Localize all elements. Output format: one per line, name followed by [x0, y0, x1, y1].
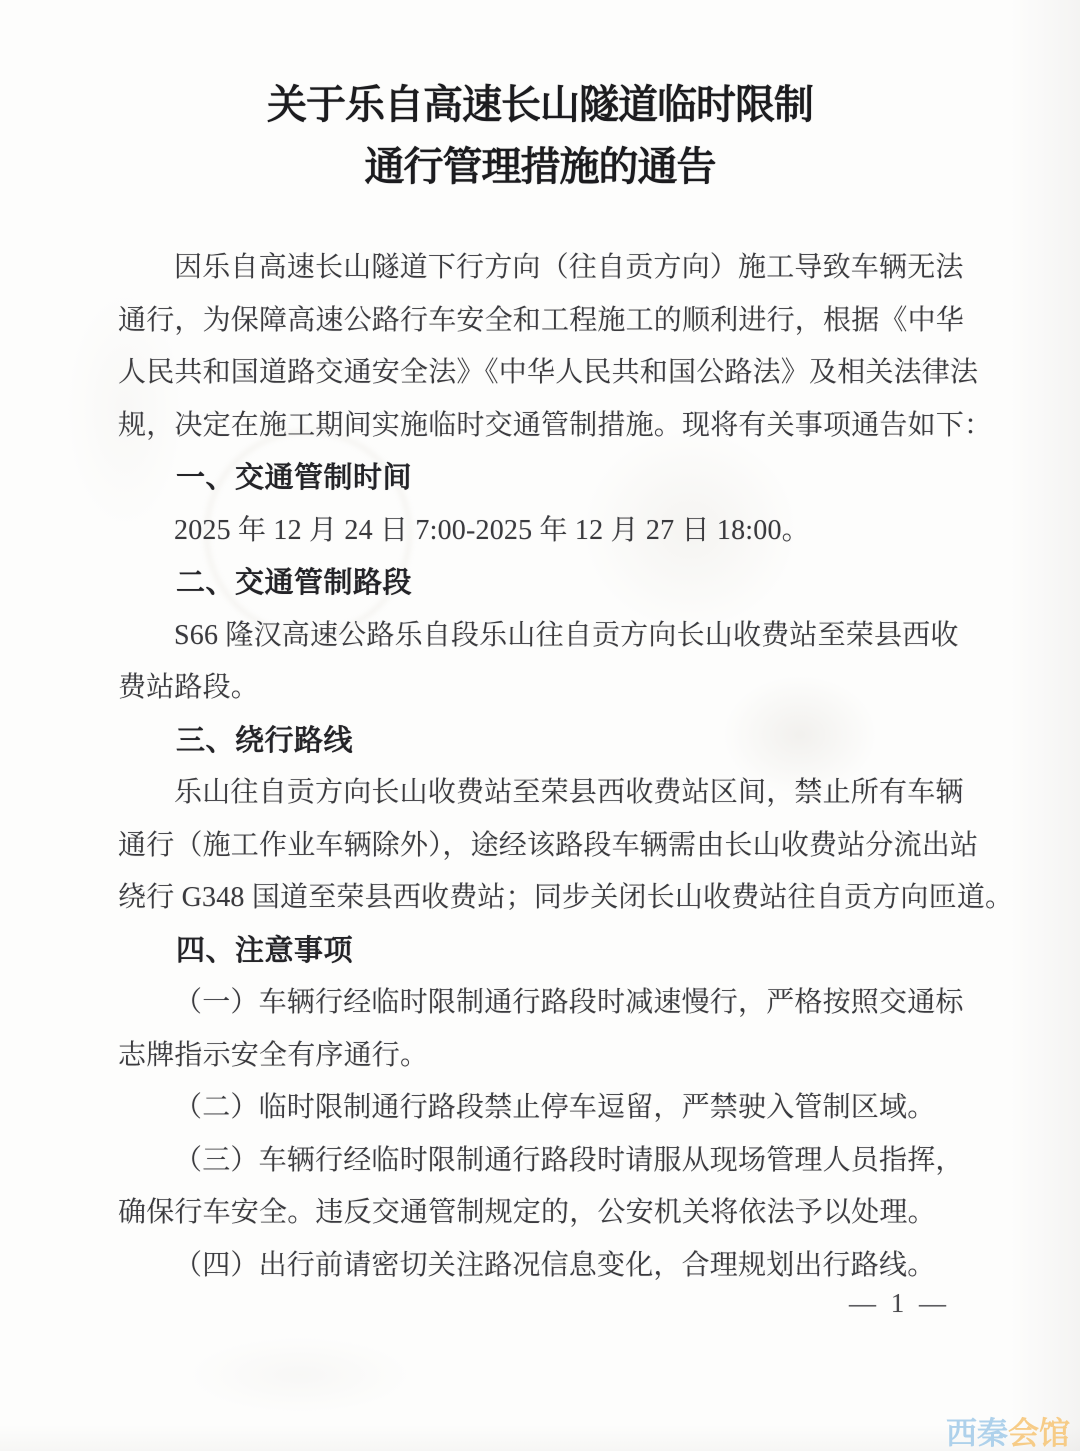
section-heading-1: 一、交通管制时间 [118, 452, 966, 505]
watermark-part-2: 会馆 [1008, 1416, 1070, 1451]
body-line: 2025 年 12 月 24 日 7:00-2025 年 12 月 27 日 1… [118, 505, 966, 558]
section-heading-3: 三、绕行路线 [118, 715, 966, 768]
page-number: — 1 — [118, 1288, 966, 1319]
document-body: 因乐自高速长山隧道下行方向（往自贡方向）施工导致车辆无法 通行，为保障高速公路行… [118, 242, 966, 1292]
title-line-1: 关于乐自高速长山隧道临时限制 [0, 74, 1080, 136]
section-heading-4: 四、注意事项 [118, 925, 966, 978]
body-line: 通行，为保障高速公路行车安全和工程施工的顺利进行，根据《中华 [118, 295, 966, 348]
watermark-part-1: 西秦 [946, 1416, 1008, 1451]
body-line: 确保行车安全。违反交通管制规定的，公安机关将依法予以处理。 [118, 1187, 966, 1240]
body-line: （一）车辆行经临时限制通行路段时减速慢行，严格按照交通标 [118, 977, 966, 1030]
body-line: 因乐自高速长山隧道下行方向（往自贡方向）施工导致车辆无法 [118, 242, 966, 295]
scan-stain-blob [140, 1320, 460, 1430]
body-line: 费站路段。 [118, 662, 966, 715]
scan-edge-shade [1010, 0, 1080, 1451]
body-line: S66 隆汉高速公路乐自段乐山往自贡方向长山收费站至荣县西收 [118, 610, 966, 663]
site-watermark: 西秦会馆 [946, 1408, 1070, 1451]
body-line: 通行（施工作业车辆除外），途经该路段车辆需由长山收费站分流出站 [118, 820, 966, 873]
body-line: （二）临时限制通行路段禁止停车逗留，严禁驶入管制区域。 [118, 1082, 966, 1135]
body-line: 规，决定在施工期间实施临时交通管制措施。现将有关事项通告如下： [118, 400, 966, 453]
section-heading-2: 二、交通管制路段 [118, 557, 966, 610]
scan-edge-shade [0, 1425, 1080, 1451]
title-line-2: 通行管理措施的通告 [0, 136, 1080, 198]
scanned-notice-page: 关于乐自高速长山隧道临时限制 通行管理措施的通告 因乐自高速长山隧道下行方向（往… [0, 0, 1080, 1451]
body-line: 绕行 G348 国道至荣县西收费站；同步关闭长山收费站往自贡方向匝道。 [118, 872, 966, 925]
body-line: 乐山往自贡方向长山收费站至荣县西收费站区间，禁止所有车辆 [118, 767, 966, 820]
body-line: （三）车辆行经临时限制通行路段时请服从现场管理人员指挥， [118, 1135, 966, 1188]
document-title: 关于乐自高速长山隧道临时限制 通行管理措施的通告 [0, 74, 1080, 198]
body-line: 人民共和国道路交通安全法》《中华人民共和国公路法》及相关法律法 [118, 347, 966, 400]
body-line: 志牌指示安全有序通行。 [118, 1030, 966, 1083]
body-line: （四）出行前请密切关注路况信息变化，合理规划出行路线。 [118, 1240, 966, 1293]
